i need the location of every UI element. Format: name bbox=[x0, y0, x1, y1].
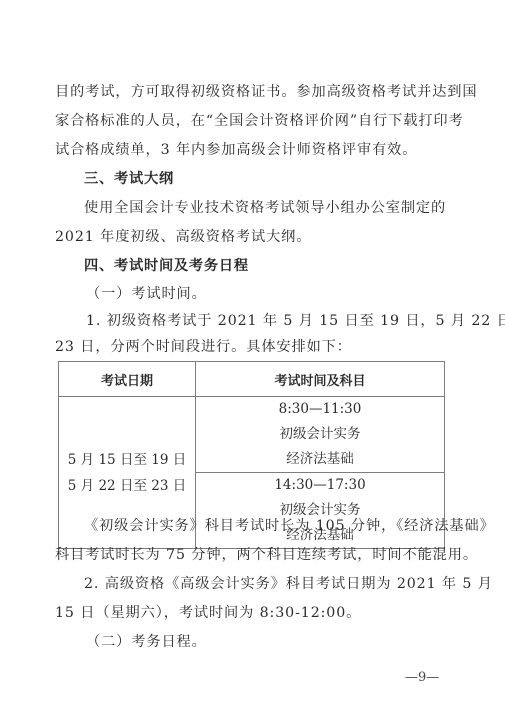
text-line: 家合格标准的人员，在“全国会计资格评价网”自行下载打印考 bbox=[55, 112, 450, 130]
text-line: 23 日，分两个时间段进行。具体安排如下： bbox=[55, 338, 450, 356]
text-line: 《初级会计实务》科目考试时长为 105 分钟，《经济法基础》 bbox=[84, 517, 450, 535]
text-line: 使用全国会计专业技术资格考试领导小组办公室制定的 bbox=[84, 199, 450, 217]
table-row: 5 月 15 日至 19 日 5 月 22 日至 23 日 8:30—11:30… bbox=[59, 397, 445, 473]
header-exam-time-subject: 考试时间及科目 bbox=[196, 362, 445, 397]
session-time: 8:30—11:30 bbox=[196, 397, 444, 422]
exam-date: 5 月 22 日至 23 日 bbox=[59, 473, 195, 499]
subsection-heading-exam-affairs: （二）考务日程。 bbox=[86, 633, 481, 651]
table-header-row: 考试日期 考试时间及科目 bbox=[59, 362, 445, 397]
section-heading-schedule: 四、考试时间及考务日程 bbox=[84, 257, 450, 275]
text-line: 科目考试时长为 75 分钟，两个科目连续考试，时间不能混用。 bbox=[55, 546, 450, 564]
text-line: 15 日（星期六），考试时间为 8:30-12:00。 bbox=[55, 604, 450, 622]
text-line: 试合格成绩单，3 年内参加高级会计师资格评审有效。 bbox=[55, 141, 450, 159]
afternoon-session-cell: 14:30—17:30 初级会计实务 经济法基础 bbox=[196, 473, 445, 549]
text-line: 2. 高级资格《高级会计实务》科目考试日期为 2021 年 5 月 bbox=[84, 575, 450, 593]
session-time: 14:30—17:30 bbox=[196, 473, 444, 498]
exam-date: 5 月 15 日至 19 日 bbox=[59, 447, 195, 473]
session-subject: 初级会计实务 bbox=[196, 422, 444, 447]
text-line: 1. 初级资格考试于 2021 年 5 月 15 日至 19 日，5 月 22 … bbox=[86, 312, 452, 330]
header-exam-date: 考试日期 bbox=[59, 362, 196, 397]
subsection-heading-exam-time: （一）考试时间。 bbox=[86, 285, 481, 303]
session-subject: 经济法基础 bbox=[196, 447, 444, 472]
page-number: —9— bbox=[405, 670, 439, 685]
text-line: 2021 年度初级、高级资格考试大纲。 bbox=[55, 228, 450, 246]
morning-session-cell: 8:30—11:30 初级会计实务 经济法基础 bbox=[196, 397, 445, 473]
section-heading-syllabus: 三、考试大纲 bbox=[84, 170, 450, 188]
text-line: 目的考试，方可取得初级资格证书。参加高级资格考试并达到国 bbox=[55, 83, 450, 101]
